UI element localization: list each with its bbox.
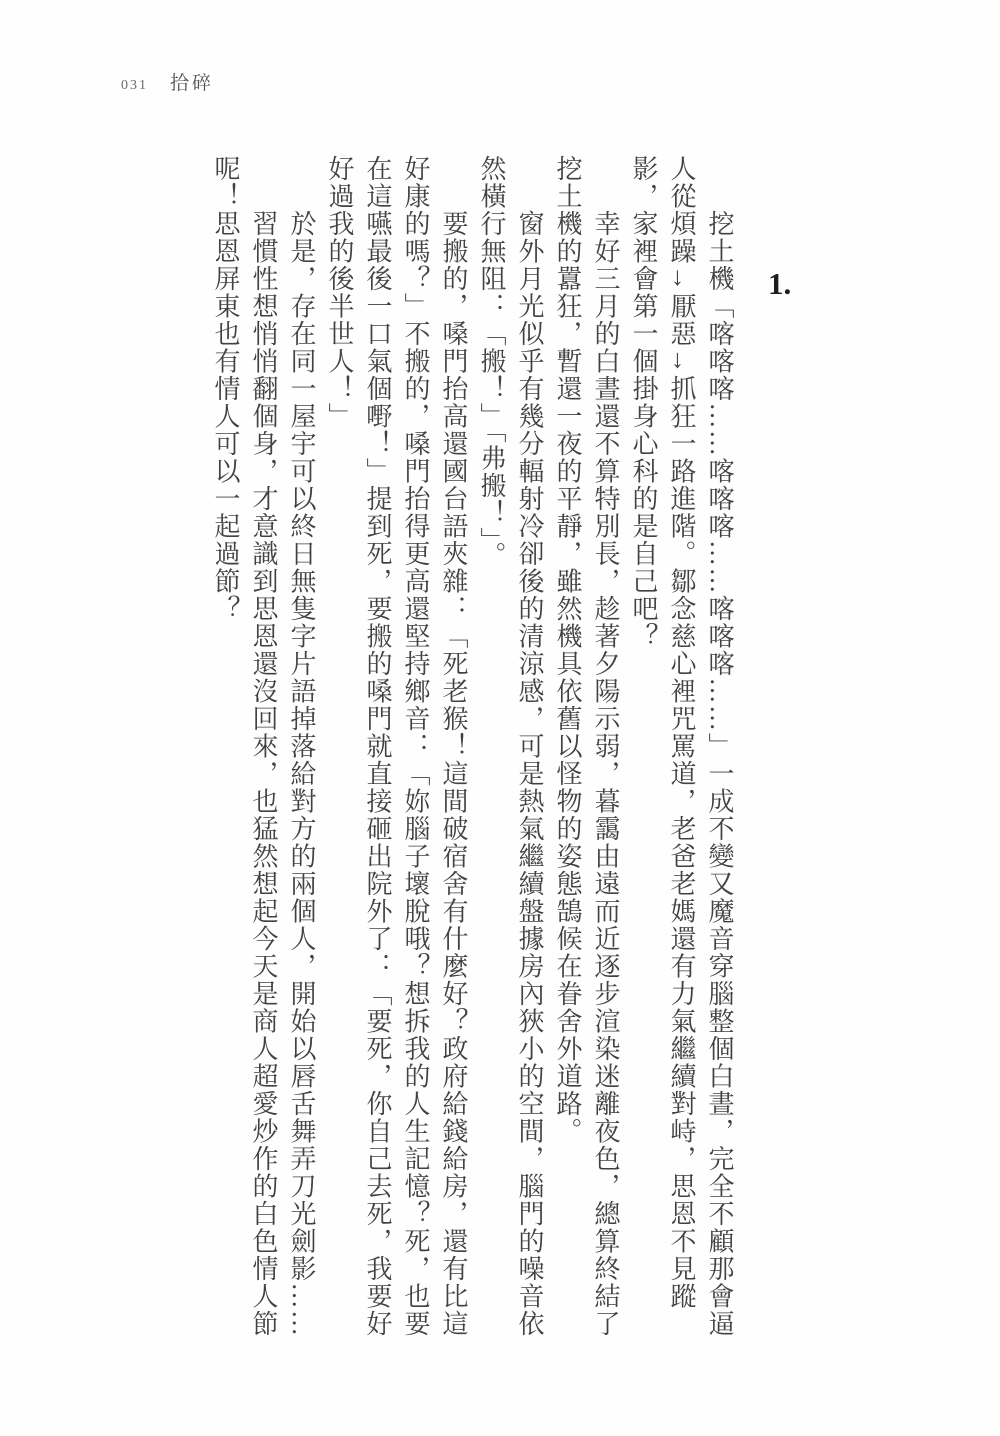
paragraph: 於是，存在同一屋宇可以終日無隻字片語掉落給對方的兩個人，開始以唇舌舞弄刀光劍影…… — [282, 155, 320, 1347]
running-header: 031 拾碎 — [121, 68, 214, 95]
body-text: 挖土機「喀喀喀……喀喀喀……喀喀喀……」一成不變又魔音穿腦整個白晝，完全不顧那會… — [206, 155, 738, 1347]
book-title: 拾碎 — [170, 68, 214, 95]
book-page: 031 拾碎 1. 挖土機「喀喀喀……喀喀喀……喀喀喀……」一成不變又魔音穿腦整… — [0, 0, 1000, 1436]
section-number-heading: 1. — [768, 266, 791, 302]
paragraph: 習慣性想悄悄翻個身，才意識到思恩還沒回來，也猛然想起今天是商人超愛炒作的白色情人… — [206, 155, 282, 1347]
page-number: 031 — [121, 78, 148, 94]
paragraph: 幸好三月的白晝還不算特別長，趁著夕陽示弱，暮靄由遠而近逐步渲染迷離夜色，總算終結… — [548, 155, 624, 1347]
paragraph: 要搬的，嗓門抬高還國台語夾雜：「死老猴！這間破宿舍有什麼好？政府給錢給房，還有比… — [320, 155, 472, 1347]
paragraph: 挖土機「喀喀喀……喀喀喀……喀喀喀……」一成不變又魔音穿腦整個白晝，完全不顧那會… — [624, 155, 738, 1347]
paragraph: 窗外月光似乎有幾分輻射冷卻後的清涼感，可是熱氣繼續盤據房內狹小的空間，腦門的噪音… — [472, 155, 548, 1347]
